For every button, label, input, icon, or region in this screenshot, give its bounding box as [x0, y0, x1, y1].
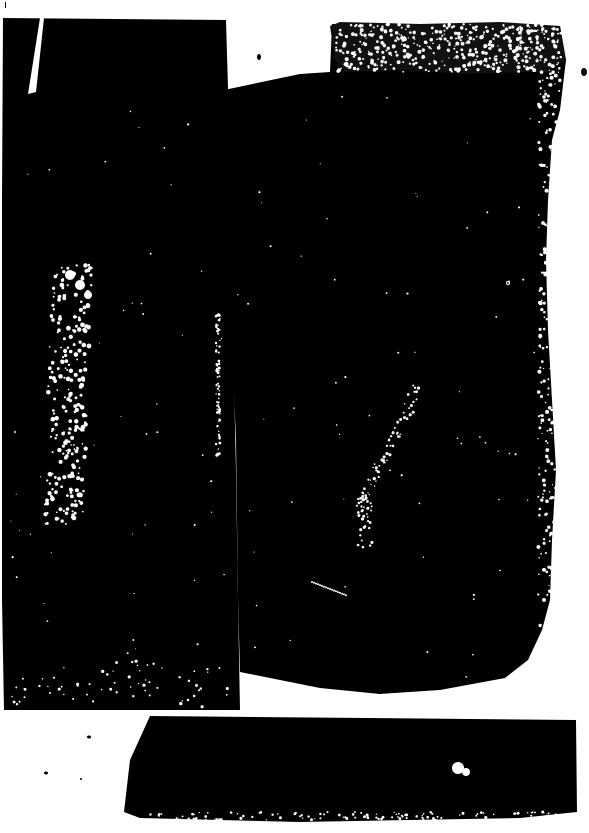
- left-tall-fragment: [2, 18, 240, 710]
- scanned-photograph: [0, 0, 589, 833]
- right-rounded-fragment: [224, 22, 566, 694]
- bottom-strip-fragment: [124, 716, 577, 822]
